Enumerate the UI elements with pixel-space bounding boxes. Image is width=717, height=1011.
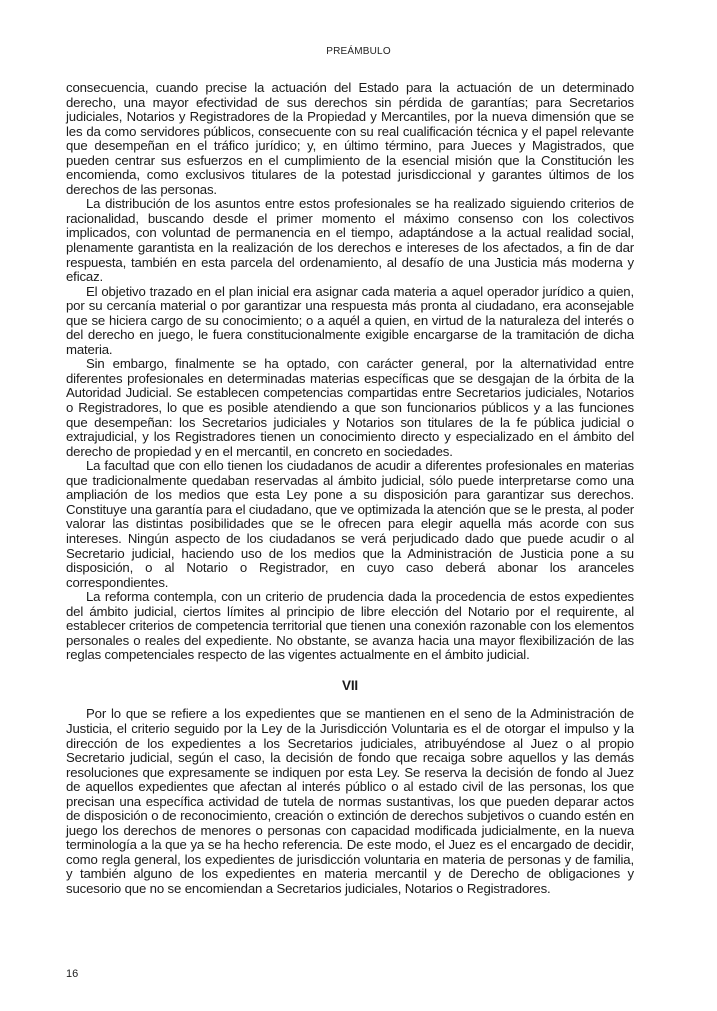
section-heading: VII	[66, 679, 634, 694]
paragraph: Sin embargo, finalmente se ha optado, co…	[66, 357, 634, 459]
paragraph: La distribución de los asuntos entre est…	[66, 197, 634, 284]
paragraph: La reforma contempla, con un criterio de…	[66, 590, 634, 663]
paragraph-continuation: consecuencia, cuando precise la actuació…	[66, 81, 634, 197]
paragraph: El objetivo trazado en el plan inicial e…	[66, 285, 634, 358]
paragraph: Por lo que se refiere a los expedientes …	[66, 707, 634, 896]
paragraph: La facultad que con ello tienen los ciud…	[66, 459, 634, 590]
page-number: 16	[66, 968, 78, 980]
page-body: consecuencia, cuando precise la actuació…	[66, 81, 634, 897]
running-header: PREÁMBULO	[0, 46, 717, 57]
